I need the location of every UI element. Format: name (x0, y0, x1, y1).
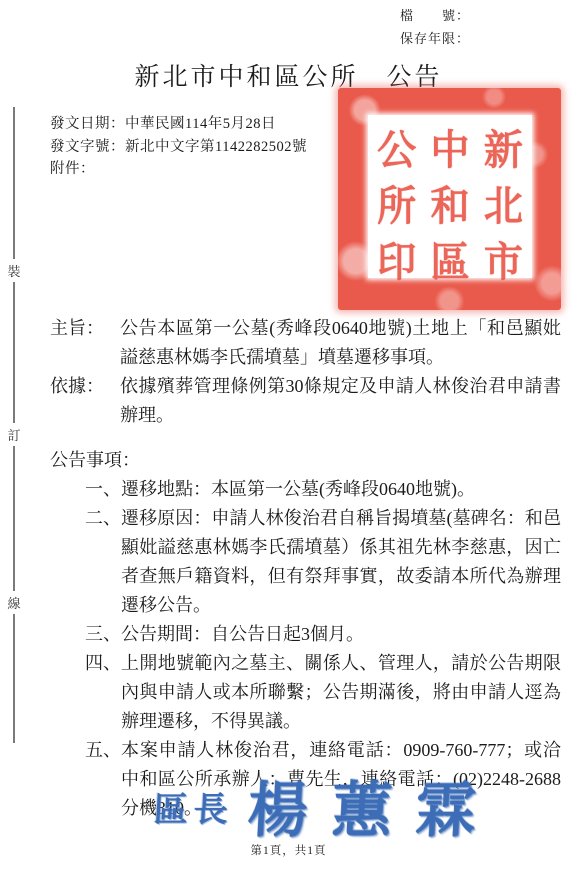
binding-mark-xian: 線 (6, 591, 22, 614)
retention-period-label: 保存年限： (400, 27, 470, 50)
announcement-item-4: 四、 上開地號範內之墓主、關係人、管理人，請於公告期限內與申請人或本所聯繫；公告… (50, 649, 561, 736)
announcement-item-1: 一、 遷移地點：本區第一公墓(秀峰段0640地號)。 (50, 475, 561, 504)
document-page: 檔 號： 保存年限： 新北市中和區公所 公告 發文日期：中華民國114年5月28… (0, 0, 577, 869)
item-text: 遷移地點：本區第一公墓(秀峰段0640地號)。 (121, 475, 561, 504)
item-text: 本案申請人林俊治君，連絡電話：0909-760-777；或洽中和區公所承辦人：曹… (121, 736, 561, 823)
binding-mark-ding: 訂 (6, 423, 22, 446)
seal-column: 中 和 區 (430, 119, 469, 274)
attachment-label: 附件： (50, 158, 307, 181)
seal-char: 印 (377, 230, 416, 289)
binding-mark-zhuang: 裝 (6, 259, 22, 282)
subject-row: 主旨： 公告本區第一公墓(秀峰段0640地號)土地上「和邑顯妣謚慈惠林媽李氏孺墳… (50, 314, 561, 372)
seal-char: 市 (484, 230, 523, 289)
announcement-item-5: 五、 本案申請人林俊治君，連絡電話：0909-760-777；或洽中和區公所承辦… (50, 736, 561, 823)
subject-text: 公告本區第一公墓(秀峰段0640地號)土地上「和邑顯妣謚慈惠林媽李氏孺墳墓」墳墓… (120, 314, 561, 372)
subject-label: 主旨： (50, 314, 120, 372)
archive-fields: 檔 號： 保存年限： (400, 4, 470, 50)
announcement-header: 公告事項： (50, 446, 561, 475)
seal-column: 公 所 印 (377, 119, 416, 274)
issue-date: 發文日期：中華民國114年5月28日 (50, 113, 307, 136)
seal-char: 中 (430, 118, 469, 177)
basis-label: 依據： (50, 372, 120, 430)
page-number: 第1頁，共1頁 (0, 842, 577, 858)
announcement-item-2: 二、 遷移原因：申請人林俊治君自稱旨揭墳墓(墓碑名：和邑顯妣謚慈惠林媽李氏孺墳墓… (50, 504, 561, 620)
item-text: 上開地號範內之墓主、關係人、管理人，請於公告期限內與申請人或本所聯繫；公告期滿後… (121, 649, 561, 736)
item-text: 遷移原因：申請人林俊治君自稱旨揭墳墓(墓碑名：和邑顯妣謚慈惠林媽李氏孺墳墓）係其… (121, 504, 561, 620)
announcement-item-3: 三、 公告期間：自公告日起3個月。 (50, 620, 561, 649)
doc-meta: 發文日期：中華民國114年5月28日 發文字號：新北中文字第1142282502… (50, 113, 307, 181)
item-number: 三、 (85, 620, 121, 649)
item-number: 五、 (85, 736, 121, 823)
basis-row: 依據： 依據殯葬管理條例第30條規定及申請人林俊治君申請書辦理。 (50, 372, 561, 430)
item-number: 四、 (85, 649, 121, 736)
document-body: 主旨： 公告本區第一公墓(秀峰段0640地號)土地上「和邑顯妣謚慈惠林媽李氏孺墳… (50, 314, 561, 823)
official-seal-stamp: 新 北 市 中 和 區 公 所 印 (338, 88, 561, 310)
item-text: 公告期間：自公告日起3個月。 (121, 620, 561, 649)
seal-char: 新 (484, 118, 523, 177)
seal-column: 新 北 市 (484, 119, 523, 274)
item-number: 一、 (85, 475, 121, 504)
seal-char: 和 (430, 174, 469, 233)
seal-char: 區 (430, 230, 469, 289)
item-number: 二、 (85, 504, 121, 620)
seal-char: 北 (484, 174, 523, 233)
seal-inner-square: 新 北 市 中 和 區 公 所 印 (368, 115, 532, 278)
basis-text: 依據殯葬管理條例第30條規定及申請人林俊治君申請書辦理。 (120, 372, 561, 430)
file-number-label: 檔 號： (400, 4, 470, 27)
seal-char: 所 (377, 174, 416, 233)
doc-number: 發文字號：新北中文字第1142282502號 (50, 136, 307, 159)
seal-char: 公 (377, 118, 416, 177)
